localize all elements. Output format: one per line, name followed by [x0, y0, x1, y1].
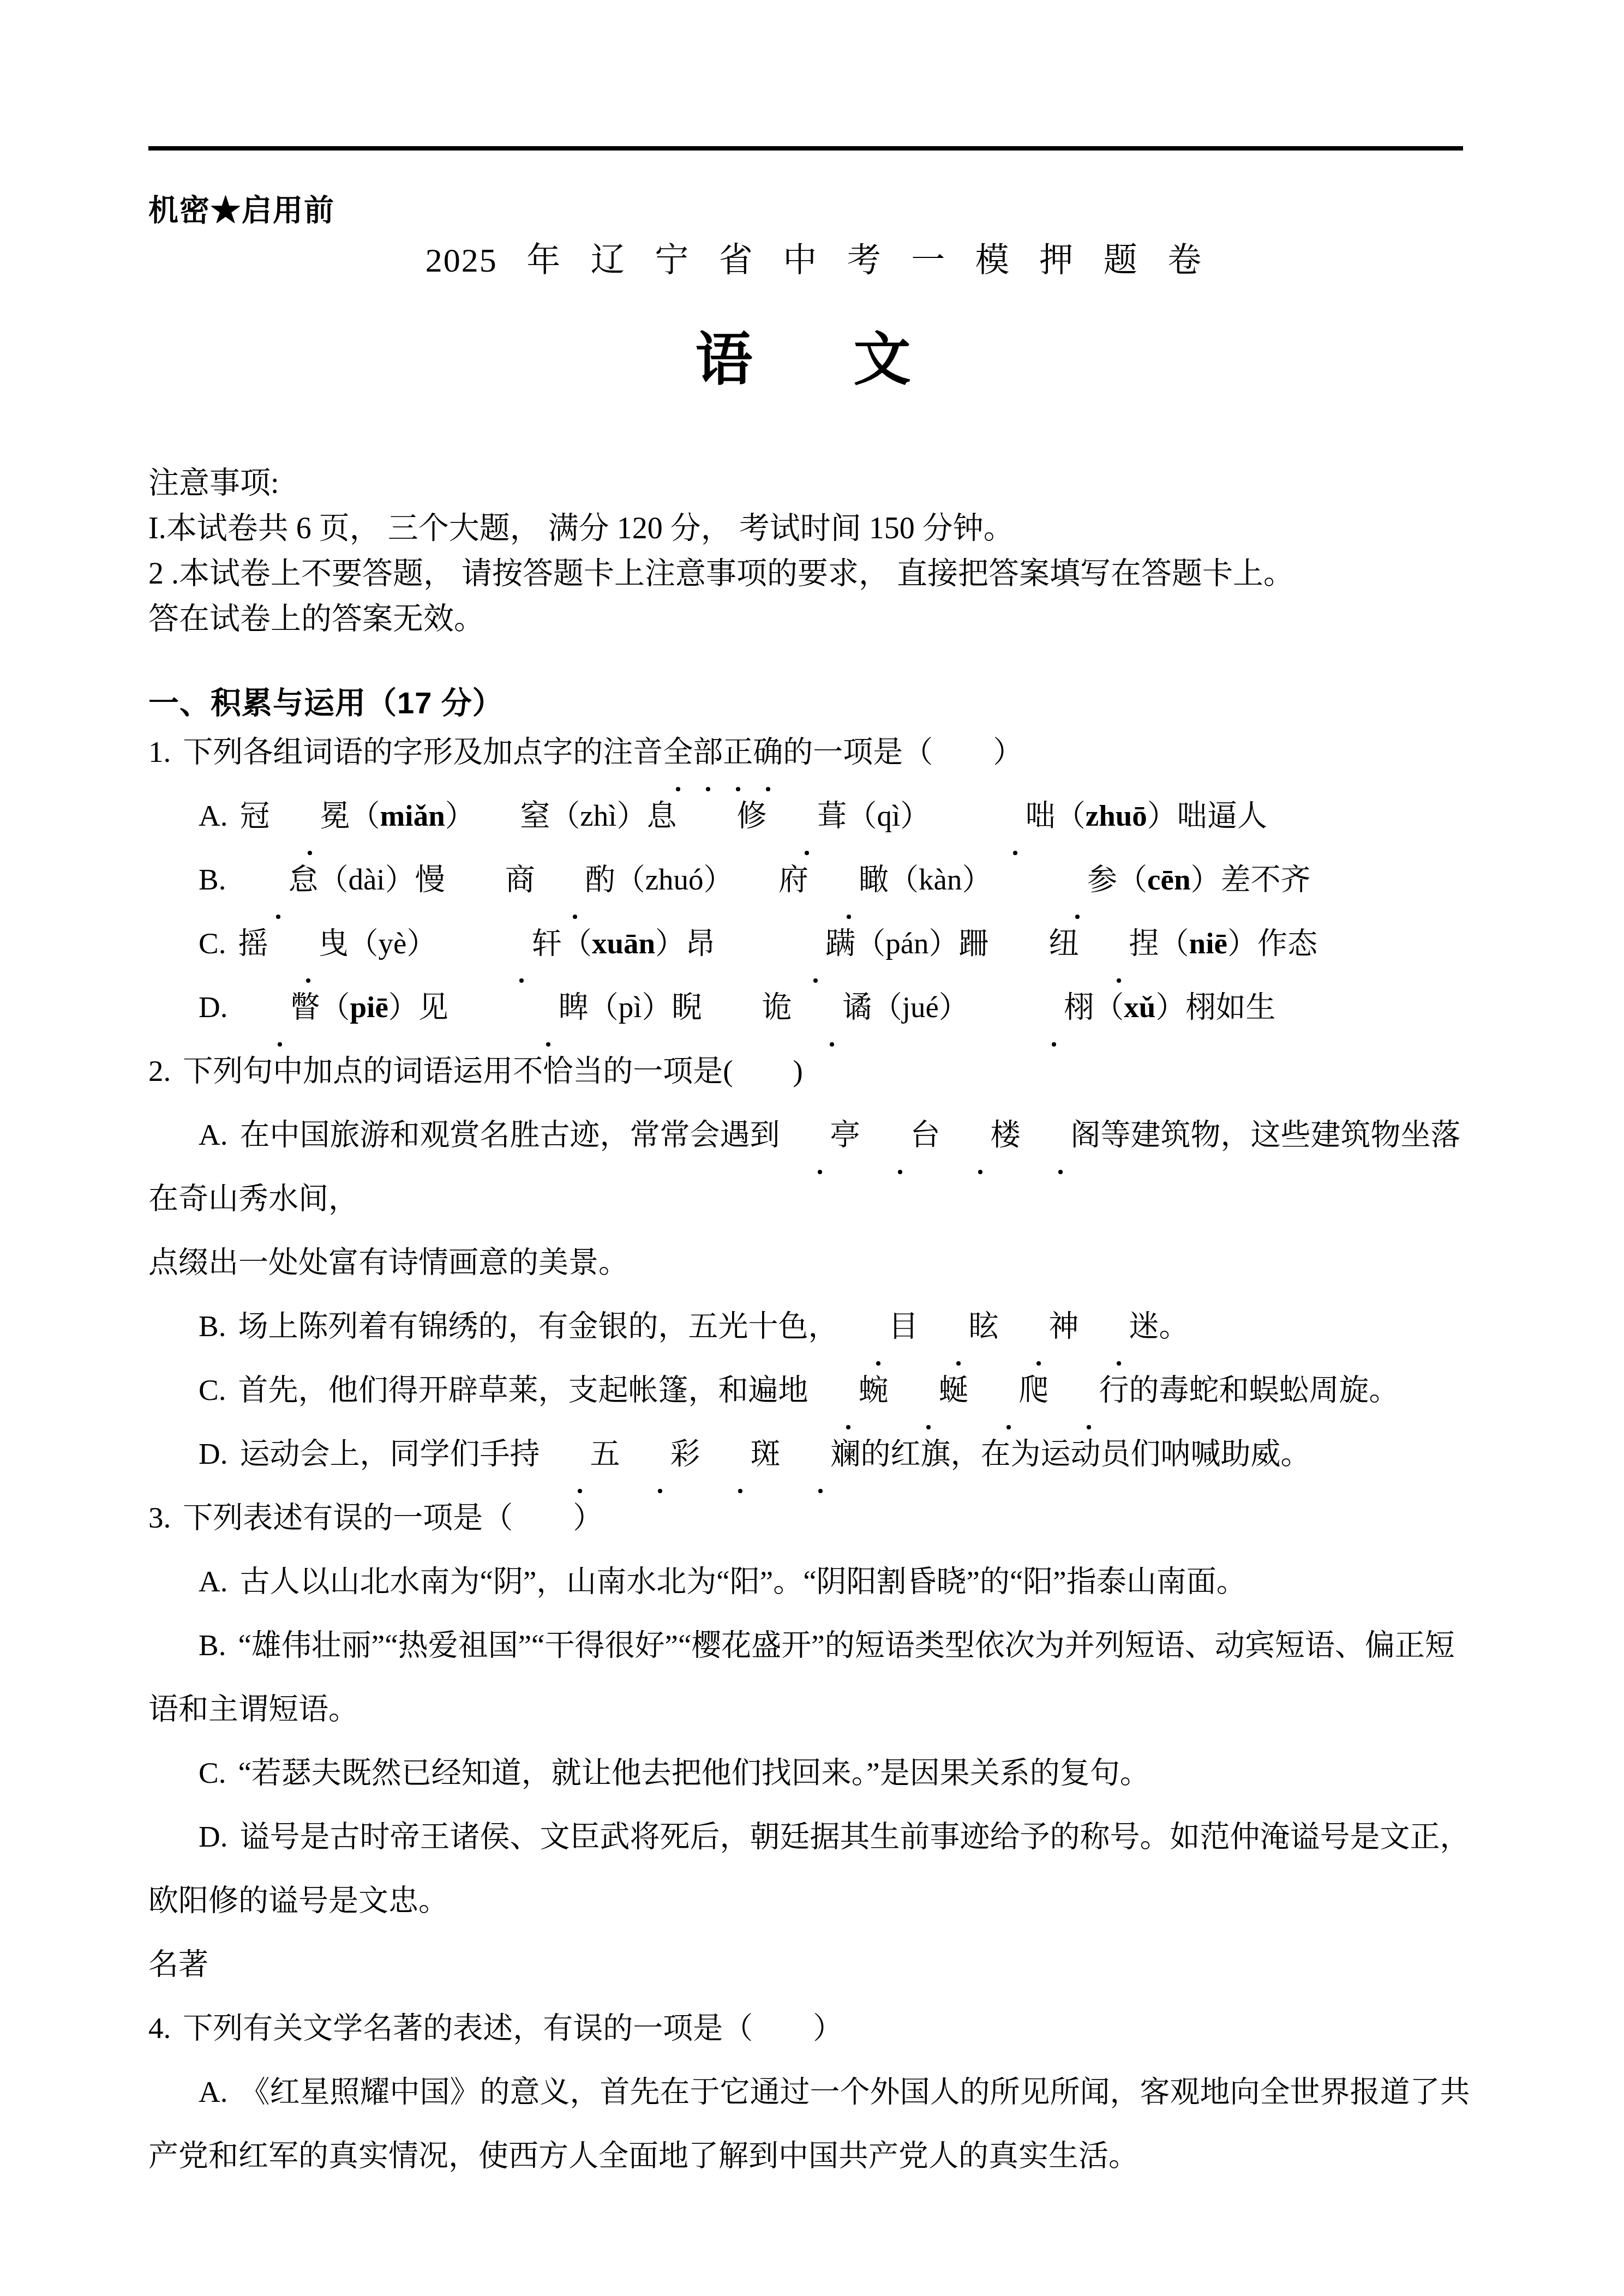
- question-area: 1.下列各组词语的字形及加点字的注音全部正确的一项是（ ） A.冠冕（miǎn）…: [148, 720, 1479, 2187]
- option-label: A.: [199, 1565, 227, 1598]
- option-label: A.: [199, 2075, 227, 2108]
- question-1-stem: 1.下列各组词语的字形及加点字的注音全部正确的一项是（ ）: [148, 720, 1479, 784]
- option-text: 摇曳（yè） 轩（xuān）昂 蹒（pán）跚 纽捏（niē）作态: [238, 927, 1317, 960]
- option-text-continued: 产党和红军的真实情况，使西方人全面地了解到中国共产党人的真实生活。: [148, 2124, 1479, 2187]
- option-text: “若瑟夫既然已经知道，就让他去把他们找回来。”是因果关系的复句。: [238, 1756, 1149, 1789]
- question-3-option-c: C.“若瑟夫既然已经知道，就让他去把他们找回来。”是因果关系的复句。: [148, 1741, 1479, 1805]
- question-2-stem: 2.下列句中加点的词语运用不恰当的一项是( ): [148, 1039, 1479, 1103]
- section-heading-accumulation: 一、积累与运用（17 分）: [148, 686, 1479, 720]
- option-label: B.: [199, 863, 226, 896]
- option-text: 瞥（piē）见 睥（pì）睨 诡谲（jué） 栩（xǔ）栩如生: [239, 990, 1275, 1024]
- question-1-option-d: D.瞥（piē）见 睥（pì）睨 诡谲（jué） 栩（xǔ）栩如生: [148, 975, 1479, 1039]
- notices-heading: 注意事项:: [148, 461, 1479, 506]
- option-label: A.: [199, 1118, 227, 1151]
- question-2-option-c: C.首先，他们得开辟草莱，支起帐篷，和遍地蜿蜒爬行的毒蛇和蜈蚣周旋。: [148, 1358, 1479, 1422]
- question-4-number: 4.: [148, 2011, 171, 2045]
- notice-item-2: 2 .本试卷上不要答题， 请按答题卡上注意事项的要求， 直接把答案填写在答题卡上…: [148, 551, 1479, 597]
- subject-title: 语 文: [148, 328, 1479, 391]
- option-label: C.: [199, 927, 226, 960]
- option-text: 在中国旅游和观赏名胜古迹，常常会遇到亭台楼阁等建筑物，这些建筑物坐落在奇山秀水间…: [148, 1118, 1461, 1215]
- option-text: 怠（dài）慢 商酌（zhuó） 府瞰（kàn） 参（cēn）差不齐: [238, 863, 1310, 896]
- option-label: B.: [199, 1309, 226, 1343]
- question-2-option-b: B.场上陈列着有锦绣的，有金银的，五光十色，目眩神迷。: [148, 1294, 1479, 1358]
- question-4-option-a: A.《红星照耀中国》的意义，首先在于它通过一个外国人的所见所闻，客观地向全世界报…: [148, 2060, 1479, 2187]
- question-3-text: 下列表述有误的一项是（ ）: [183, 1501, 603, 1534]
- option-label: D.: [199, 1820, 227, 1853]
- option-label: A.: [199, 799, 227, 832]
- question-3-stem: 3.下列表述有误的一项是（ ）: [148, 1486, 1479, 1549]
- security-label: 机密★启用前: [148, 194, 1479, 227]
- exam-paper-page: 机密★启用前 2025 年 辽 宁 省 中 考 一 模 押 题 卷 语 文 注意…: [148, 0, 1479, 2187]
- notice-item-1: I.本试卷共 6 页， 三个大题， 满分 120 分， 考试时间 150 分钟。: [148, 506, 1479, 551]
- question-1-option-a: A.冠冕（miǎn） 窒（zhì）息 修葺（qì） 咄（zhuō）咄逼人: [148, 784, 1479, 848]
- question-2-option-a: A.在中国旅游和观赏名胜古迹，常常会遇到亭台楼阁等建筑物，这些建筑物坐落在奇山秀…: [148, 1103, 1479, 1294]
- notice-item-3: 答在试卷上的答案无效。: [148, 597, 1479, 642]
- option-text-continued: 语和主谓短语。: [148, 1677, 1479, 1741]
- question-1-number: 1.: [148, 735, 171, 768]
- option-text: 冠冕（miǎn） 窒（zhì）息 修葺（qì） 咄（zhuō）咄逼人: [239, 799, 1267, 832]
- question-3-option-b: B.“雄伟壮丽”“热爱祖国”“干得很好”“樱花盛开”的短语类型依次为并列短语、动…: [148, 1613, 1479, 1741]
- header-rule: [148, 146, 1463, 151]
- option-label: D.: [199, 990, 227, 1024]
- option-text-continued: 点缀出一处处富有诗情画意的美景。: [148, 1230, 1479, 1294]
- option-label: C.: [199, 1373, 226, 1407]
- option-text: 首先，他们得开辟草莱，支起帐篷，和遍地蜿蜒爬行的毒蛇和蜈蚣周旋。: [238, 1373, 1399, 1407]
- question-4-text: 下列有关文学名著的表述，有误的一项是（ ）: [183, 2011, 843, 2045]
- question-1-option-c: C.摇曳（yè） 轩（xuān）昂 蹒（pán）跚 纽捏（niē）作态: [148, 911, 1479, 975]
- question-1-option-b: B.怠（dài）慢 商酌（zhuó） 府瞰（kàn） 参（cēn）差不齐: [148, 848, 1479, 911]
- option-label: C.: [199, 1756, 226, 1789]
- question-2-option-d: D.运动会上，同学们手持五彩斑斓的红旗，在为运动员们呐喊助威。: [148, 1422, 1479, 1486]
- option-text: 场上陈列着有锦绣的，有金银的，五光十色，目眩神迷。: [238, 1309, 1189, 1343]
- question-4-stem: 4.下列有关文学名著的表述，有误的一项是（ ）: [148, 1996, 1479, 2060]
- notices-block: 注意事项: I.本试卷共 6 页， 三个大题， 满分 120 分， 考试时间 1…: [148, 461, 1479, 642]
- question-3-option-d: D.谥号是古时帝王诸侯、文臣武将死后，朝廷据其生前事迹给予的称号。如范仲淹谥号是…: [148, 1805, 1479, 1932]
- option-text: “雄伟壮丽”“热爱祖国”“干得很好”“樱花盛开”的短语类型依次为并列短语、动宾短…: [238, 1628, 1454, 1662]
- option-text: 《红星照耀中国》的意义，首先在于它通过一个外国人的所见所闻，客观地向全世界报道了…: [239, 2075, 1470, 2108]
- option-label: B.: [199, 1628, 226, 1662]
- option-label: D.: [199, 1437, 227, 1470]
- interlude-label: 名著: [148, 1932, 1479, 1996]
- question-2-number: 2.: [148, 1054, 171, 1087]
- option-text: 古人以山北水南为“阴”，山南水北为“阳”。“阴阳割昏晓”的“阳”指泰山南面。: [239, 1565, 1246, 1598]
- question-1-text: 下列各组词语的字形及加点字的注音全部正确的一项是（ ）: [183, 735, 1023, 768]
- option-text: 谥号是古时帝王诸侯、文臣武将死后，朝廷据其生前事迹给予的称号。如范仲淹谥号是文正…: [239, 1820, 1470, 1853]
- question-2-text: 下列句中加点的词语运用不恰当的一项是( ): [183, 1054, 803, 1087]
- option-text-continued: 欧阳修的谥号是文忠。: [148, 1868, 1479, 1932]
- question-3-option-a: A.古人以山北水南为“阴”，山南水北为“阳”。“阴阳割昏晓”的“阳”指泰山南面。: [148, 1549, 1479, 1613]
- question-3-number: 3.: [148, 1501, 171, 1534]
- exam-title: 2025 年 辽 宁 省 中 考 一 模 押 题 卷: [148, 241, 1479, 281]
- option-text: 运动会上，同学们手持五彩斑斓的红旗，在为运动员们呐喊助威。: [239, 1437, 1310, 1470]
